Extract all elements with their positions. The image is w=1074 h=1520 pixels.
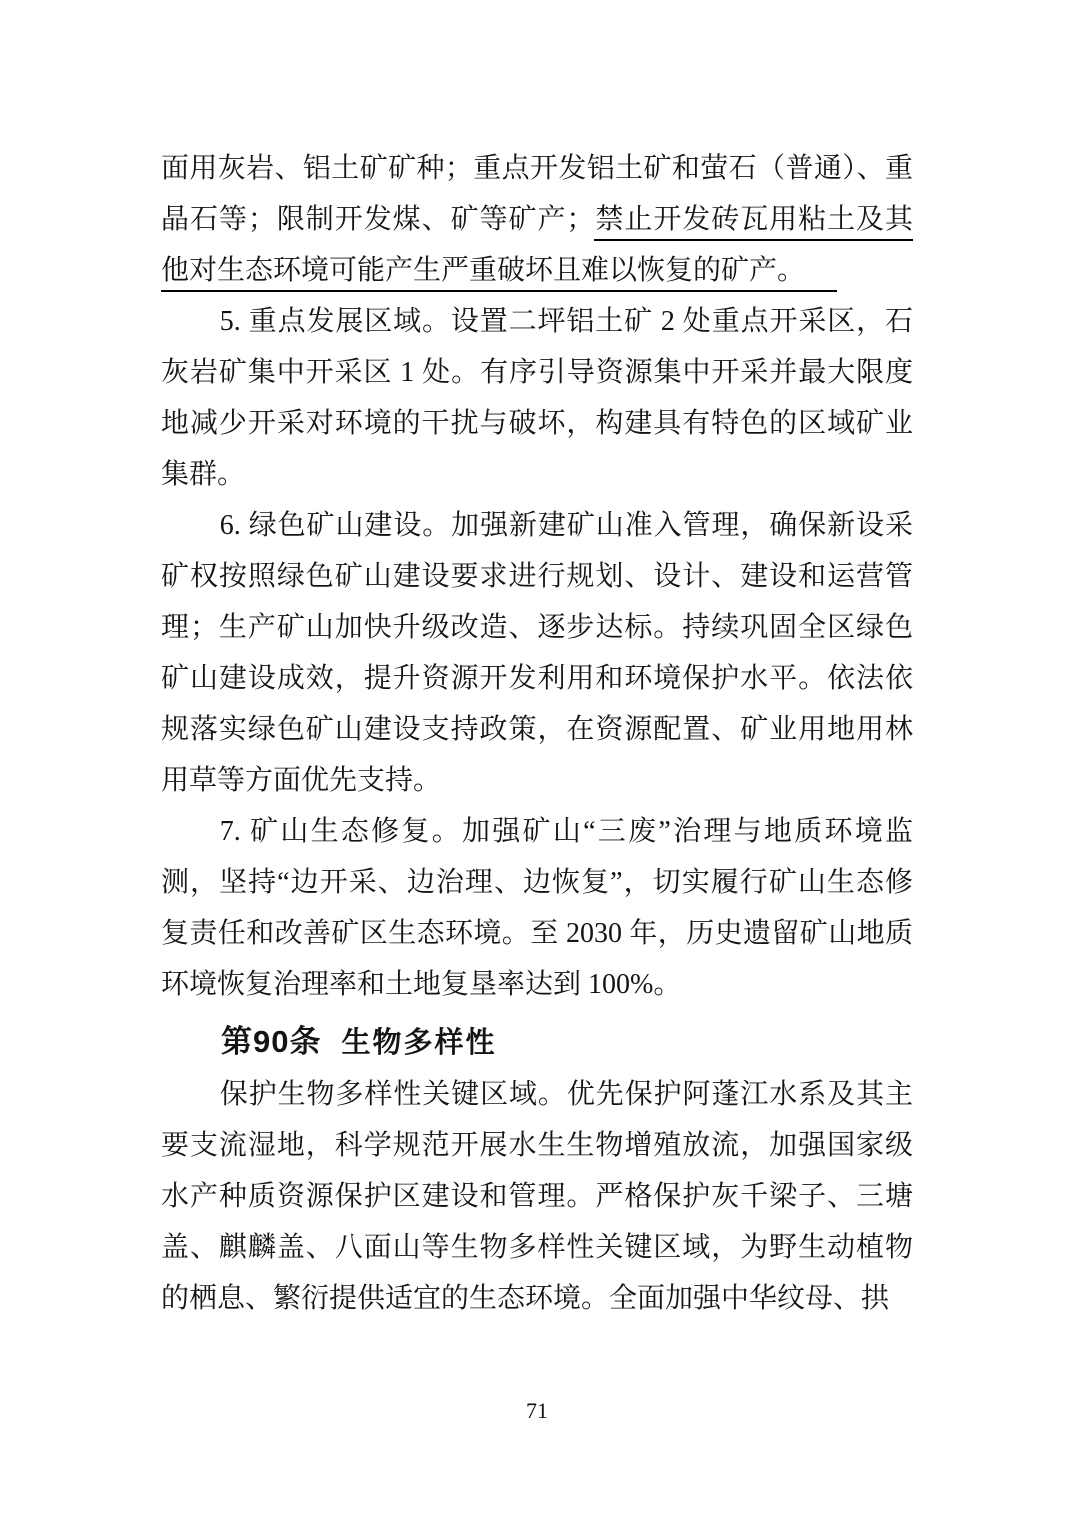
article-90-title: 生物多样性 bbox=[341, 1027, 496, 1059]
paragraph-green-mine-construction: 6. 绿色矿山建设。加强新建矿山准入管理，确保新设采矿权按照绿色矿山建设要求进行… bbox=[161, 500, 913, 806]
page-number: 71 bbox=[0, 1398, 1074, 1424]
paragraph-key-development-areas: 5. 重点发展区域。设置二坪铝土矿 2 处重点开采区，石灰岩矿集中开采区 1 处… bbox=[161, 296, 913, 500]
page-content: 面用灰岩、铝土矿矿种；重点开发铝土矿和萤石（普通）、重晶石等；限制开发煤、矿等矿… bbox=[161, 143, 913, 1324]
document-page: 面用灰岩、铝土矿矿种；重点开发铝土矿和萤石（普通）、重晶石等；限制开发煤、矿等矿… bbox=[0, 0, 1074, 1520]
paragraph-mineral-restrictions: 面用灰岩、铝土矿矿种；重点开发铝土矿和萤石（普通）、重晶石等；限制开发煤、矿等矿… bbox=[161, 143, 913, 296]
paragraph-biodiversity: 保护生物多样性关键区域。优先保护阿蓬江水系及其主要支流湿地，科学规范开展水生生物… bbox=[161, 1069, 913, 1324]
paragraph-mine-ecological-restoration: 7. 矿山生态修复。加强矿山“三废”治理与地质环境监测，坚持“边开采、边治理、边… bbox=[161, 806, 913, 1010]
article-90-heading: 第90条生物多样性 bbox=[161, 1016, 913, 1069]
article-90-number: 第90条 bbox=[221, 1024, 321, 1059]
